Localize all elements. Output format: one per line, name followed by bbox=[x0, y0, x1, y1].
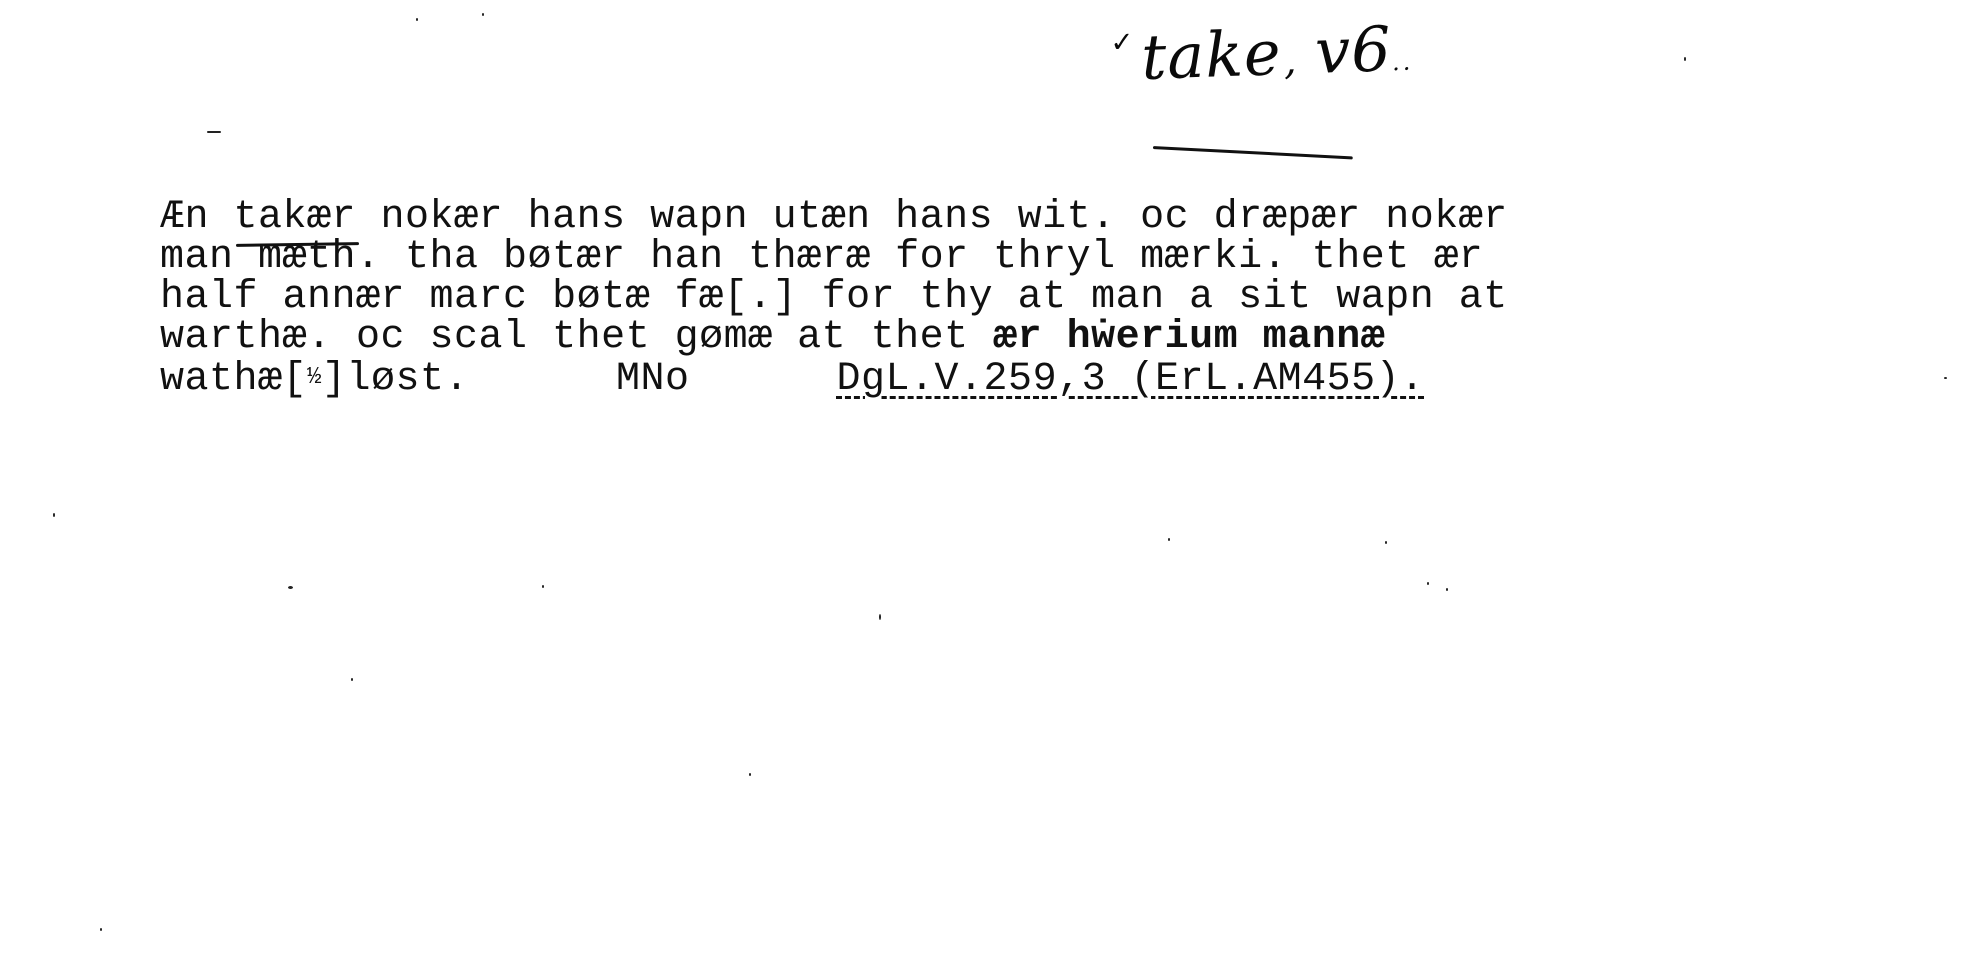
headword-trailing-dots: .. bbox=[1392, 47, 1414, 76]
scan-speck bbox=[542, 585, 544, 588]
scan-speck bbox=[1427, 582, 1429, 585]
scan-speck bbox=[288, 586, 293, 589]
check-mark-icon: ✓ bbox=[1110, 25, 1136, 59]
scan-speck bbox=[879, 614, 881, 620]
text-line: warthæ. oc scal thet gømæ at thet ær hẇe… bbox=[160, 318, 1508, 358]
text-line: half annær marc bøtæ fæ[.] for thy at ma… bbox=[160, 278, 1508, 318]
text-segment: ]løst. MNo bbox=[322, 357, 837, 402]
text-line: wathæ[½]løst. MNo DgL.V.259,3 (ErL.AM455… bbox=[160, 358, 1508, 398]
scan-speck bbox=[351, 678, 353, 681]
scan-speck bbox=[1446, 588, 1448, 591]
underlined-lemma: takær bbox=[234, 195, 357, 240]
scan-speck bbox=[207, 131, 221, 133]
headword-separator: , bbox=[1283, 38, 1298, 84]
text-segment: half annær marc bøtæ fæ[.] for thy at ma… bbox=[160, 275, 1508, 320]
headword-sense: v6 bbox=[1314, 12, 1393, 88]
headword-underline bbox=[1153, 146, 1353, 159]
headword-text: take bbox=[1140, 16, 1283, 94]
text-line: man mæth. tha bøtær han thæræ for thryl … bbox=[160, 238, 1508, 278]
scan-speck bbox=[53, 513, 55, 517]
scan-speck bbox=[1944, 377, 1947, 379]
quotation-text: Æn takær nokær hans wapn utæn hans wit. … bbox=[160, 198, 1508, 398]
archive-card: ✓take,v6.. Æn takær nokær hans wapn utæn… bbox=[0, 0, 1969, 977]
text-segment: wathæ[ bbox=[160, 357, 307, 402]
handwritten-headword: ✓take,v6.. bbox=[1110, 17, 1414, 90]
scan-speck bbox=[749, 773, 751, 776]
scan-speck bbox=[416, 18, 418, 21]
text-segment: Æn bbox=[160, 195, 234, 240]
scan-speck bbox=[1684, 57, 1686, 61]
scan-speck bbox=[482, 13, 484, 16]
bold-text: ær hẇerium mannæ bbox=[993, 315, 1385, 360]
scan-speck bbox=[1385, 541, 1387, 544]
fraction: ½ bbox=[307, 364, 322, 391]
text-segment: warthæ. oc scal thet gømæ at thet bbox=[160, 315, 993, 360]
scan-speck bbox=[100, 928, 102, 931]
source-reference: DgL.V.259,3 (ErL.AM455). bbox=[837, 357, 1425, 402]
text-segment: nokær hans wapn utæn hans wit. oc dræpær… bbox=[356, 195, 1508, 240]
scan-speck bbox=[1168, 538, 1170, 541]
text-line: Æn takær nokær hans wapn utæn hans wit. … bbox=[160, 198, 1508, 238]
